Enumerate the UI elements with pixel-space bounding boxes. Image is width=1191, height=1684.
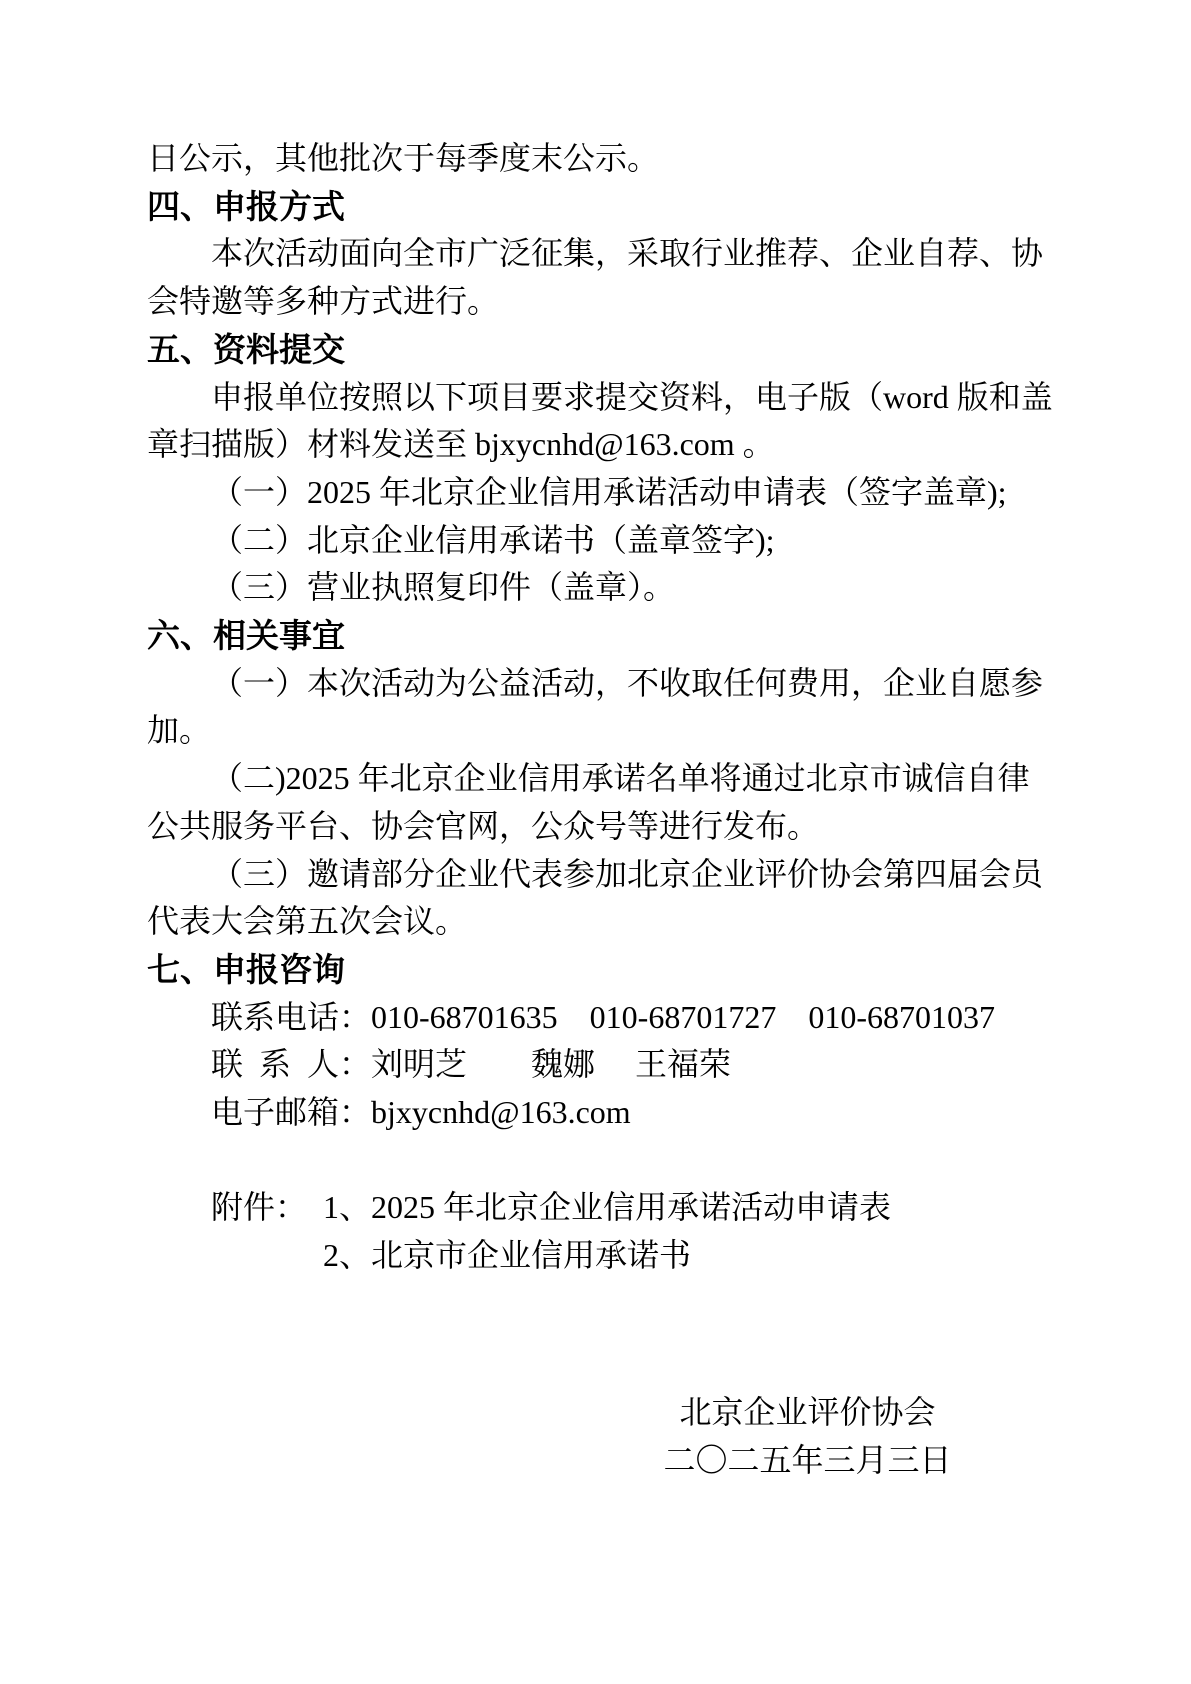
text-line: 联 系 人：刘明芝 魏娜 王福荣	[147, 1041, 1048, 1089]
section-heading: 七、申报咨询	[147, 946, 1048, 994]
text-line: 2、北京市企业信用承诺书	[323, 1232, 1048, 1280]
text-line: 电子邮箱：bjxycnhd@163.com	[147, 1089, 1048, 1137]
text-line: （一）本次活动为公益活动，不收取任何费用，企业自愿参	[147, 660, 1048, 708]
text-line: （三）营业执照复印件（盖章）。	[147, 564, 1048, 612]
document-page: 日公示，其他批次于每季度末公示。四、申报方式本次活动面向全市广泛征集，采取行业推…	[0, 0, 1191, 1684]
text-line: 日公示，其他批次于每季度末公示。	[147, 135, 1048, 183]
text-line: （二）北京企业信用承诺书（盖章签字);	[147, 517, 1048, 565]
text-line: 代表大会第五次会议。	[147, 898, 1048, 946]
document-body: 日公示，其他批次于每季度末公示。四、申报方式本次活动面向全市广泛征集，采取行业推…	[147, 135, 1048, 1485]
signature-date: 二〇二五年三月三日	[357, 1437, 1191, 1485]
section-heading: 四、申报方式	[147, 183, 1048, 231]
text-line: 联系电话：010-68701635 010-68701727 010-68701…	[147, 994, 1048, 1042]
blank-line	[147, 1328, 1048, 1376]
text-line: 公共服务平台、协会官网，公众号等进行发布。	[147, 803, 1048, 851]
signature-org: 北京企业评价协会	[357, 1389, 1191, 1437]
text-line: （二)2025 年北京企业信用承诺名单将通过北京市诚信自律	[147, 755, 1048, 803]
section-heading: 五、资料提交	[147, 326, 1048, 374]
text-line: （三）邀请部分企业代表参加北京企业评价协会第四届会员	[147, 851, 1048, 899]
text-line: （一）2025 年北京企业信用承诺活动申请表（签字盖章);	[147, 469, 1048, 517]
section-heading: 六、相关事宜	[147, 612, 1048, 660]
text-line: 本次活动面向全市广泛征集，采取行业推荐、企业自荐、协	[147, 230, 1048, 278]
text-line: 申报单位按照以下项目要求提交资料，电子版（word 版和盖	[147, 374, 1048, 422]
blank-line	[147, 1280, 1048, 1328]
blank-line	[147, 1137, 1048, 1185]
text-line: 章扫描版）材料发送至 bjxycnhd@163.com 。	[147, 421, 1048, 469]
text-line: 会特邀等多种方式进行。	[147, 278, 1048, 326]
text-line: 附件： 1、2025 年北京企业信用承诺活动申请表	[147, 1184, 1048, 1232]
text-line: 加。	[147, 707, 1048, 755]
